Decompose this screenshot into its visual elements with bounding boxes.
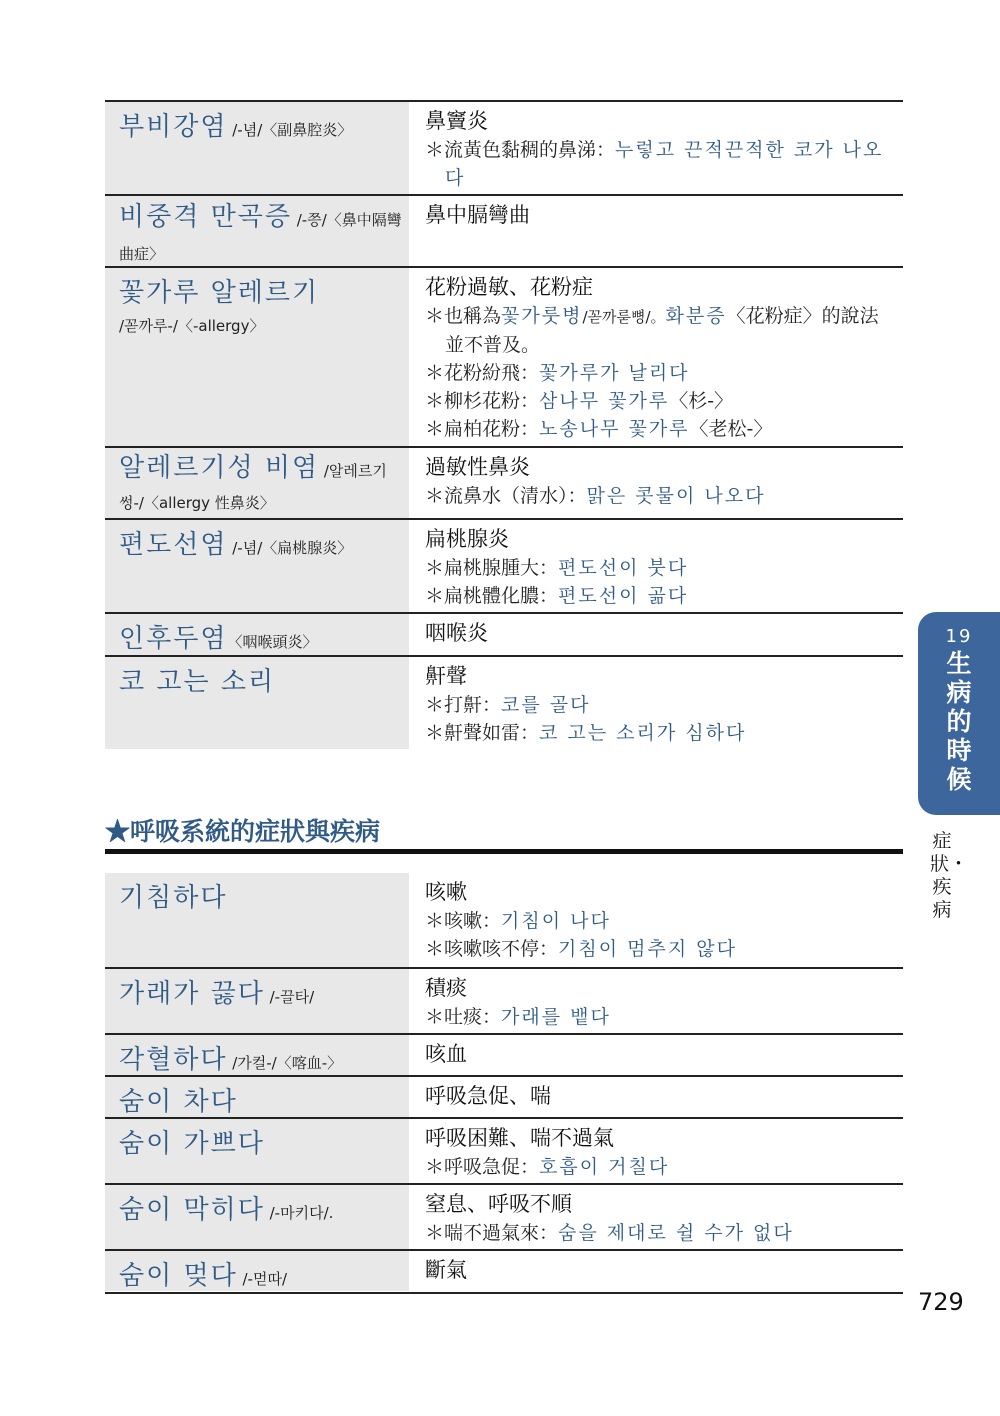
table-row: 기침하다 咳嗽 ＊咳嗽：기침이 나다 ＊咳嗽咳不停：기침이 멈추지 않다 xyxy=(105,873,903,967)
pronunciation: 〈咽喉頭炎〉 xyxy=(227,633,317,651)
chinese-cell: 咳血 xyxy=(409,1035,903,1075)
chinese-term: 窒息、呼吸不順 xyxy=(425,1189,895,1219)
chinese-cell: 花粉過敏、花粉症 ＊也稱為꽃가룻병/꼳까룯뼝/。화분증〈花粉症〉的說法並不普及。… xyxy=(409,268,903,446)
note-ko: 삼나무 꽃가루 xyxy=(539,390,669,412)
korean-cell: 코 고는 소리 xyxy=(105,657,409,749)
chinese-cell: 鼾聲 ＊打鼾：코를 골다 ＊鼾聲如雷：코 고는 소리가 심하다 xyxy=(409,657,903,749)
example-note: ＊打鼾：코를 골다 xyxy=(425,691,895,719)
example-note: ＊鼾聲如雷：코 고는 소리가 심하다 xyxy=(425,719,895,747)
korean-term: 숨이 막히다 xyxy=(119,1195,265,1225)
korean-cell: 숨이 차다 xyxy=(105,1077,409,1117)
pronunciation: /꼳까루-/〈-allergy〉 xyxy=(119,315,403,336)
korean-cell: 숨이 멎다 /-먿따/ xyxy=(105,1251,409,1291)
pronunciation: /-념/〈扁桃腺炎〉 xyxy=(227,539,352,557)
note-zh: ＊喘不過氣來： xyxy=(425,1222,558,1244)
example-note: ＊扁桃腺腫大：편도선이 붓다 xyxy=(425,554,895,582)
chinese-cell: 呼吸急促、喘 xyxy=(409,1077,903,1117)
chinese-term: 咳嗽 xyxy=(425,877,895,907)
chinese-term: 過敏性鼻炎 xyxy=(425,452,895,482)
table-row: 숨이 멎다 /-먿따/ 斷氣 xyxy=(105,1249,903,1291)
table-row: 부비강염 /-념/〈副鼻腔炎〉 鼻竇炎 ＊流黃色黏稠的鼻涕：누렇고 끈적끈적한 … xyxy=(105,100,903,194)
note-zh: ＊扁桃腺腫大： xyxy=(425,557,558,579)
chinese-term: 鼻中膈彎曲 xyxy=(425,200,895,230)
section-divider xyxy=(105,849,903,854)
chapter-tab: 19 生病的時候 xyxy=(918,612,1000,815)
table-row: 비중격 만곡증 /-쯩/〈鼻中隔彎曲症〉 鼻中膈彎曲 xyxy=(105,194,903,266)
section-title: ★呼吸系統的症狀與疾病 xyxy=(105,812,380,848)
note-ko: 코를 골다 xyxy=(501,694,590,716)
note-ko: 꽃가루가 날리다 xyxy=(539,362,690,384)
korean-term: 인후두염 xyxy=(119,624,227,654)
vocab-table-respiratory: 기침하다 咳嗽 ＊咳嗽：기침이 나다 ＊咳嗽咳不停：기침이 멈추지 않다 가래가… xyxy=(105,873,903,1291)
note-tail: 〈杉-〉 xyxy=(669,390,733,412)
korean-term: 부비강염 xyxy=(119,112,227,142)
table-bottom-rule xyxy=(105,1292,903,1294)
korean-cell: 편도선염 /-념/〈扁桃腺炎〉 xyxy=(105,520,409,612)
note-zh: ＊流黃色黏稠的鼻涕： xyxy=(425,139,615,161)
chinese-term: 呼吸急促、喘 xyxy=(425,1081,895,1111)
table-row: 알레르기성 비염 /알레르기썽-/〈allergy 性鼻炎〉 過敏性鼻炎 ＊流鼻… xyxy=(105,446,903,518)
table-row: 각혈하다 /가컬-/〈喀血-〉 咳血 xyxy=(105,1033,903,1075)
table-row: 코 고는 소리 鼾聲 ＊打鼾：코를 골다 ＊鼾聲如雷：코 고는 소리가 심하다 xyxy=(105,655,903,749)
chinese-term: 咳血 xyxy=(425,1039,895,1069)
chinese-term: 斷氣 xyxy=(425,1255,895,1285)
korean-cell: 기침하다 xyxy=(105,873,409,967)
chinese-cell: 呼吸困難、喘不過氣 ＊呼吸急促：호흡이 거칠다 xyxy=(409,1119,903,1183)
korean-term: 알레르기성 비염 xyxy=(119,453,319,483)
example-note: ＊流黃色黏稠的鼻涕：누렇고 끈적끈적한 코가 나오다 xyxy=(425,136,895,192)
table-row: 가래가 끓다 /-끌타/ 積痰 ＊吐痰：가래를 뱉다 xyxy=(105,967,903,1033)
note-ko: 코 고는 소리가 심하다 xyxy=(539,722,746,744)
chinese-term: 鼻竇炎 xyxy=(425,106,895,136)
note-ko: 호흡이 거칠다 xyxy=(539,1156,669,1178)
korean-term: 숨이 차다 xyxy=(119,1087,238,1117)
note-ko: 숨을 제대로 쉴 수가 없다 xyxy=(558,1222,794,1244)
table-row: 인후두염〈咽喉頭炎〉 咽喉炎 xyxy=(105,612,903,655)
korean-cell: 각혈하다 /가컬-/〈喀血-〉 xyxy=(105,1035,409,1075)
chinese-term: 鼾聲 xyxy=(425,661,895,691)
example-note: ＊喘不過氣來：숨을 제대로 쉴 수가 없다 xyxy=(425,1219,895,1247)
note-zh: ＊咳嗽咳不停： xyxy=(425,938,558,960)
note-zh: ＊吐痰： xyxy=(425,1006,501,1028)
note-ko: 가래를 뱉다 xyxy=(501,1006,611,1028)
korean-cell: 꽃가루 알레르기 /꼳까루-/〈-allergy〉 xyxy=(105,268,409,446)
note-zh: ＊也稱為 xyxy=(425,305,501,327)
chinese-term: 咽喉炎 xyxy=(425,618,895,648)
korean-term: 가래가 끓다 xyxy=(119,979,265,1009)
note-ko: 화분증 xyxy=(666,305,727,327)
note-ko: 맑은 콧물이 나오다 xyxy=(587,485,766,507)
korean-term: 숨이 멎다 xyxy=(119,1261,238,1291)
table-row: 숨이 가쁘다 呼吸困難、喘不過氣 ＊呼吸急促：호흡이 거칠다 xyxy=(105,1117,903,1183)
korean-cell: 인후두염〈咽喉頭炎〉 xyxy=(105,614,409,655)
note-zh: ＊扁柏花粉： xyxy=(425,418,539,440)
chinese-term: 花粉過敏、花粉症 xyxy=(425,272,895,302)
chinese-term: 積痰 xyxy=(425,973,895,1003)
table-row: 꽃가루 알레르기 /꼳까루-/〈-allergy〉 花粉過敏、花粉症 ＊也稱為꽃… xyxy=(105,266,903,446)
chinese-cell: 斷氣 xyxy=(409,1251,903,1291)
note-zh: ＊呼吸急促： xyxy=(425,1156,539,1178)
note-tail: /꼳까룯뼝/。 xyxy=(582,308,665,326)
korean-term: 숨이 가쁘다 xyxy=(119,1129,265,1159)
table-row: 숨이 차다 呼吸急促、喘 xyxy=(105,1075,903,1117)
korean-cell: 가래가 끓다 /-끌타/ xyxy=(105,969,409,1033)
korean-term: 비중격 만곡증 xyxy=(119,202,292,232)
note-ko: 기침이 나다 xyxy=(501,910,611,932)
example-note: ＊流鼻水（清水）：맑은 콧물이 나오다 xyxy=(425,482,895,510)
note-zh: ＊花粉紛飛： xyxy=(425,362,539,384)
korean-term: 각혈하다 xyxy=(119,1045,227,1075)
table-row: 편도선염 /-념/〈扁桃腺炎〉 扁桃腺炎 ＊扁桃腺腫大：편도선이 붓다 ＊扁桃體… xyxy=(105,518,903,612)
chapter-title: 生病的時候 xyxy=(918,649,1000,794)
example-note: ＊咳嗽：기침이 나다 xyxy=(425,907,895,935)
pronunciation: /-마키다/. xyxy=(265,1204,334,1222)
chinese-cell: 窒息、呼吸不順 ＊喘不過氣來：숨을 제대로 쉴 수가 없다 xyxy=(409,1185,903,1249)
note-zh: ＊打鼾： xyxy=(425,694,501,716)
korean-cell: 비중격 만곡증 /-쯩/〈鼻中隔彎曲症〉 xyxy=(105,196,409,266)
note-zh: ＊咳嗽： xyxy=(425,910,501,932)
pronunciation: /-먿따/ xyxy=(238,1270,287,1288)
example-note: ＊也稱為꽃가룻병/꼳까룯뼝/。화분증〈花粉症〉的說法並不普及。 xyxy=(425,302,895,359)
korean-cell: 숨이 가쁘다 xyxy=(105,1119,409,1183)
korean-term: 코 고는 소리 xyxy=(119,667,275,697)
note-zh: ＊鼾聲如雷： xyxy=(425,722,539,744)
pronunciation: /-끌타/ xyxy=(265,988,314,1006)
pronunciation: /-념/〈副鼻腔炎〉 xyxy=(227,121,352,139)
note-ko: 기침이 멈추지 않다 xyxy=(558,938,737,960)
korean-term: 꽃가루 알레르기 xyxy=(119,272,403,309)
example-note: ＊吐痰：가래를 뱉다 xyxy=(425,1003,895,1031)
chinese-cell: 積痰 ＊吐痰：가래를 뱉다 xyxy=(409,969,903,1033)
chinese-cell: 咽喉炎 xyxy=(409,614,903,655)
table-row: 숨이 막히다 /-마키다/. 窒息、呼吸不順 ＊喘不過氣來：숨을 제대로 쉴 수… xyxy=(105,1183,903,1249)
chinese-cell: 鼻中膈彎曲 xyxy=(409,196,903,266)
note-zh: ＊流鼻水（清水）： xyxy=(425,485,587,507)
example-note: ＊咳嗽咳不停：기침이 멈추지 않다 xyxy=(425,935,895,963)
chinese-term: 扁桃腺炎 xyxy=(425,524,895,554)
note-tail: 〈老松-〉 xyxy=(690,418,773,440)
chinese-term: 呼吸困難、喘不過氣 xyxy=(425,1123,895,1153)
note-ko: 편도선이 붓다 xyxy=(558,557,688,579)
note-ko: 편도선이 곪다 xyxy=(558,585,688,607)
chinese-cell: 咳嗽 ＊咳嗽：기침이 나다 ＊咳嗽咳不停：기침이 멈추지 않다 xyxy=(409,873,903,967)
example-note: ＊柳杉花粉：삼나무 꽃가루〈杉-〉 xyxy=(425,387,895,415)
example-note: ＊呼吸急促：호흡이 거칠다 xyxy=(425,1153,895,1181)
korean-cell: 알레르기성 비염 /알레르기썽-/〈allergy 性鼻炎〉 xyxy=(105,448,409,518)
page-number: 729 xyxy=(918,1288,964,1316)
note-ko: 노송나무 꽃가루 xyxy=(539,418,690,440)
note-zh: ＊扁桃體化膿： xyxy=(425,585,558,607)
chinese-cell: 扁桃腺炎 ＊扁桃腺腫大：편도선이 붓다 ＊扁桃體化膿：편도선이 곪다 xyxy=(409,520,903,612)
example-note: ＊扁柏花粉：노송나무 꽃가루〈老松-〉 xyxy=(425,415,895,443)
chapter-title-text: 生病的時候 xyxy=(946,649,972,794)
note-ko: 꽃가룻병 xyxy=(501,305,582,327)
korean-cell: 부비강염 /-념/〈副鼻腔炎〉 xyxy=(105,102,409,194)
chapter-subtitle: 症狀・疾病 xyxy=(930,830,954,922)
example-note: ＊花粉紛飛：꽃가루가 날리다 xyxy=(425,359,895,387)
korean-cell: 숨이 막히다 /-마키다/. xyxy=(105,1185,409,1249)
example-note: ＊扁桃體化膿：편도선이 곪다 xyxy=(425,582,895,610)
chinese-cell: 過敏性鼻炎 ＊流鼻水（清水）：맑은 콧물이 나오다 xyxy=(409,448,903,518)
korean-term: 기침하다 xyxy=(119,883,227,913)
chinese-cell: 鼻竇炎 ＊流黃色黏稠的鼻涕：누렇고 끈적끈적한 코가 나오다 xyxy=(409,102,903,194)
note-zh: ＊柳杉花粉： xyxy=(425,390,539,412)
chapter-number: 19 xyxy=(918,626,1000,647)
korean-term: 편도선염 xyxy=(119,530,227,560)
vocab-table-nose-throat: 부비강염 /-념/〈副鼻腔炎〉 鼻竇炎 ＊流黃色黏稠的鼻涕：누렇고 끈적끈적한 … xyxy=(105,100,903,749)
pronunciation: /가컬-/〈喀血-〉 xyxy=(227,1054,342,1072)
